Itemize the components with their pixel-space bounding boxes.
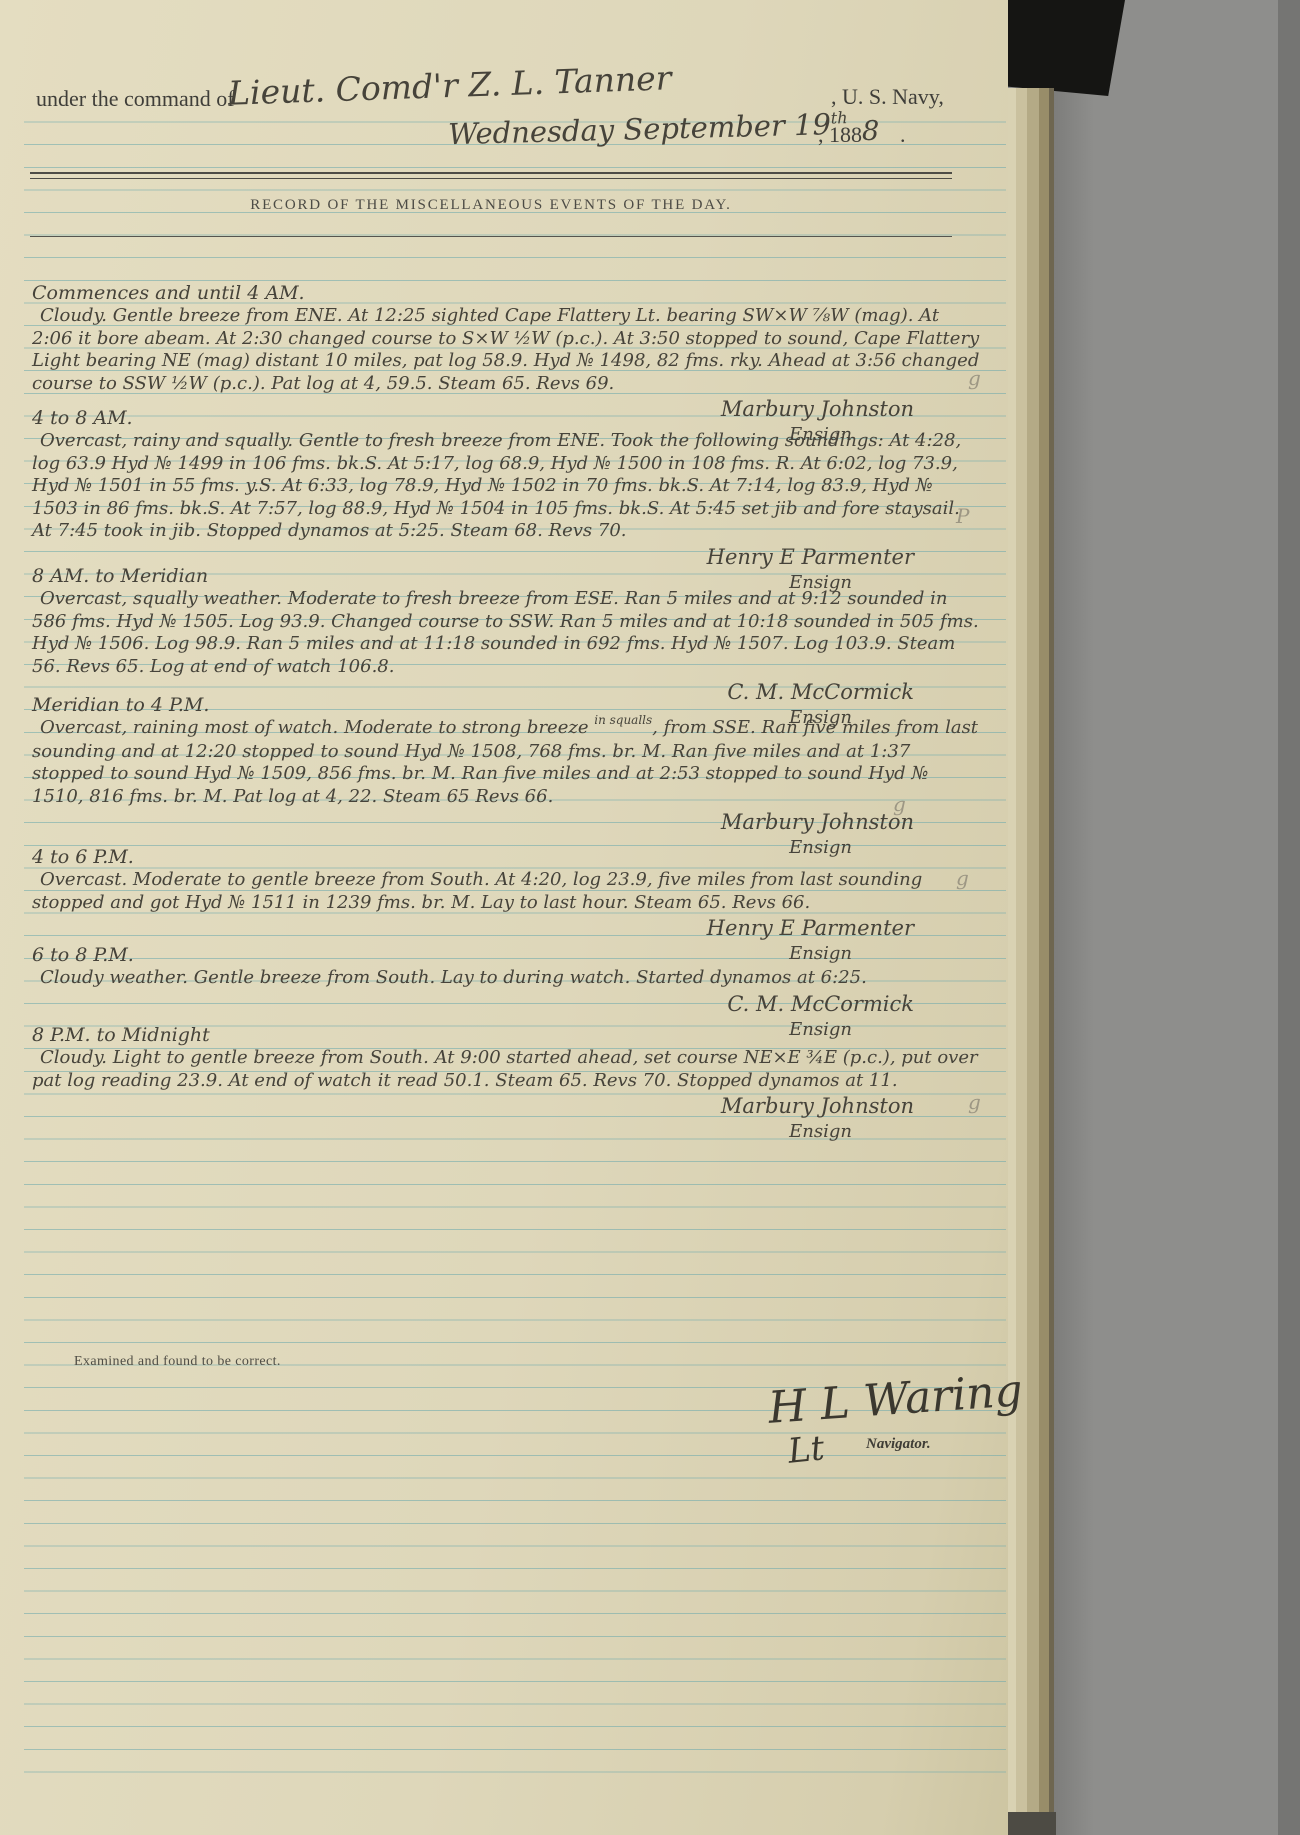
entry-heading: Commences and until 4 AM. — [32, 282, 984, 305]
entry-body: Overcast, rainy and squally. Gentle to f… — [32, 430, 984, 543]
entry-body: Cloudy. Light to gentle breeze from Sout… — [32, 1047, 984, 1092]
entry-heading: 8 AM. to Meridian — [32, 565, 984, 588]
pencil-check-mark: g — [956, 866, 969, 890]
us-navy-label: , U. S. Navy, — [831, 84, 944, 110]
entry-heading: 6 to 8 P.M. — [32, 944, 984, 967]
navigator-label: Navigator. — [866, 1436, 931, 1453]
scan-background-shade — [1052, 0, 1112, 1835]
pencil-check-mark: g — [968, 366, 981, 390]
entry-body: Overcast, raining most of watch. Moderat… — [32, 717, 984, 808]
examined-note: Examined and found to be correct. — [74, 1354, 281, 1370]
pencil-check-mark: P — [956, 504, 969, 528]
entry-body: Overcast, squally weather. Moderate to f… — [32, 588, 984, 678]
pencil-check-mark: g — [893, 792, 906, 816]
log-entry-8pm-to-midnight: 8 P.M. to Midnight Cloudy. Light to gent… — [32, 1024, 984, 1145]
scan-background-right-band — [1278, 0, 1300, 1835]
entry-heading: 8 P.M. to Midnight — [32, 1024, 984, 1047]
entry-heading: Meridian to 4 P.M. — [32, 694, 984, 717]
signature-name: Henry E Parmenter — [32, 915, 914, 941]
entry-body: Cloudy. Gentle breeze from ENE. At 12:25… — [32, 305, 984, 395]
logbook-scan: under the command of Lieut. Comd'r Z. L.… — [0, 0, 1300, 1835]
signature-name: Marbury Johnston — [32, 809, 914, 835]
year-period-printed: . — [900, 122, 906, 148]
entry-heading: 4 to 6 P.M. — [32, 846, 984, 869]
command-prefix-label: under the command of — [36, 86, 235, 112]
logbook-page: under the command of Lieut. Comd'r Z. L.… — [0, 0, 1008, 1835]
navigator-signature-flourish: Lt — [786, 1428, 826, 1472]
book-page-edges — [1006, 88, 1054, 1812]
watch-officer-signature: Marbury Johnston Ensign — [32, 1093, 984, 1145]
year-prefix-printed: , 188 — [818, 122, 862, 148]
signature-name: C. M. McCormick — [32, 991, 914, 1017]
signature-rank: Ensign — [32, 1119, 914, 1145]
entry-body: Overcast. Moderate to gentle breeze from… — [32, 869, 984, 914]
interlined-insertion: in squalls — [594, 713, 652, 727]
log-entry-meridian-to-4pm: Meridian to 4 P.M. Overcast, raining mos… — [32, 694, 984, 861]
year-digit-handwritten: 8 — [862, 116, 879, 147]
entry-body: Cloudy weather. Gentle breeze from South… — [32, 967, 984, 990]
pencil-check-mark: g — [968, 1090, 981, 1114]
entry-heading: 4 to 8 AM. — [32, 407, 984, 430]
double-rule-divider — [30, 172, 952, 179]
signature-name: Marbury Johnston — [32, 1093, 914, 1119]
single-rule-divider — [30, 236, 952, 237]
page-title: RECORD OF THE MISCELLANEOUS EVENTS OF TH… — [0, 197, 982, 214]
entry-body-text: Overcast, raining most of watch. Moderat… — [40, 717, 589, 738]
